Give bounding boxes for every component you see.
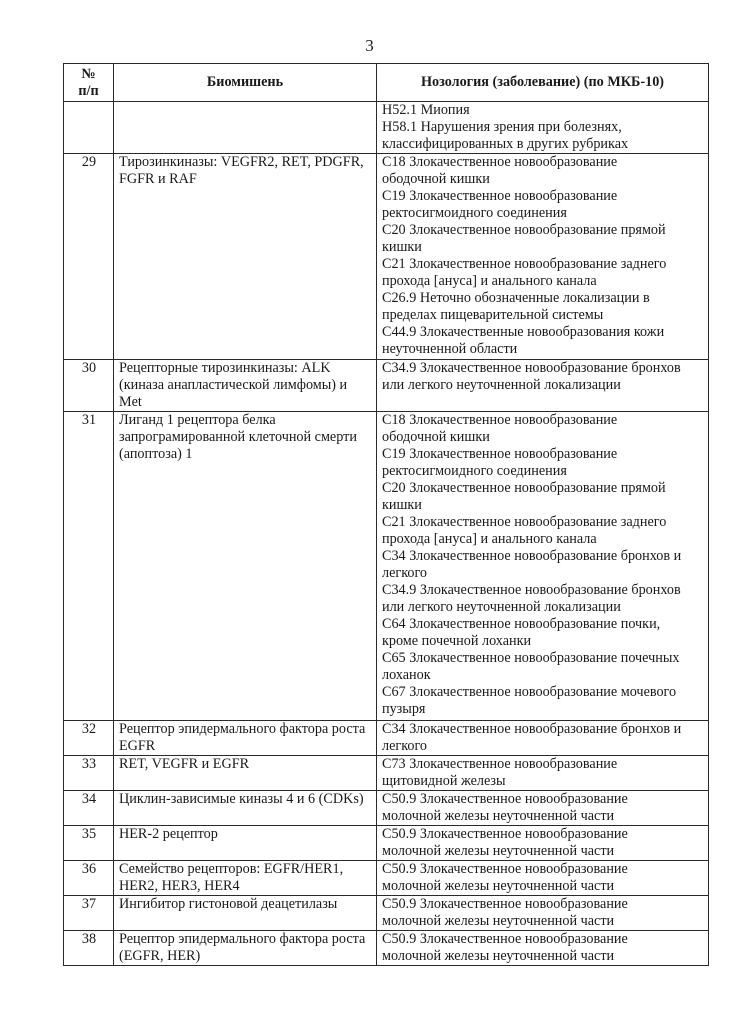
nosology-line: C21 Злокачественное новообразование задн…	[382, 256, 704, 273]
nosology-line: C20 Злокачественное новообразование прям…	[382, 222, 704, 239]
biotarget-cell: Циклин-зависимые киназы 4 и 6 (CDKs)	[114, 791, 377, 826]
row-number: 37	[64, 896, 114, 931]
nosology-line: C34 Злокачественное новообразование брон…	[382, 721, 704, 738]
nosology-line: неуточненной области	[382, 341, 704, 358]
nosology-line: C73 Злокачественное новообразование	[382, 756, 704, 773]
nosology-line: классифицированных в других рубриках	[382, 136, 704, 153]
nosology-line: прохода [ануса] и анального канала	[382, 273, 704, 290]
header-num-line2: п/п	[78, 83, 98, 99]
table-header-row: № п/п Биомишень Нозология (заболевание) …	[64, 64, 709, 102]
biotarget-cell	[114, 102, 377, 154]
row-number: 31	[64, 412, 114, 721]
nosology-line: C19 Злокачественное новообразование	[382, 446, 704, 463]
nosology-line: C18 Злокачественное новообразование	[382, 412, 704, 429]
table-body: H52.1 МиопияH58.1 Нарушения зрения при б…	[64, 102, 709, 966]
nosology-line: C67 Злокачественное новообразование моче…	[382, 684, 704, 701]
table-row: 31Лиганд 1 рецептора белка запрограмиров…	[64, 412, 709, 721]
row-number: 35	[64, 826, 114, 861]
nosology-line: C34 Злокачественное новообразование брон…	[382, 548, 704, 565]
row-number: 36	[64, 861, 114, 896]
nosology-line: молочной железы неуточненной части	[382, 948, 704, 965]
page-number: 3	[0, 36, 739, 56]
biotarget-cell: Тирозинкиназы: VEGFR2, RET, PDGFR, FGFR …	[114, 154, 377, 360]
nosology-line: C65 Злокачественное новообразование поче…	[382, 650, 704, 667]
nosology-cell: C50.9 Злокачественное новообразованиемол…	[377, 931, 709, 966]
nosology-line: C50.9 Злокачественное новообразование	[382, 896, 704, 913]
table-row: 29Тирозинкиназы: VEGFR2, RET, PDGFR, FGF…	[64, 154, 709, 360]
nosology-line: или легкого неуточненной локализации	[382, 599, 704, 616]
nosology-line: или легкого неуточненной локализации	[382, 377, 704, 394]
nosology-line: прохода [ануса] и анального канала	[382, 531, 704, 548]
nosology-line: C64 Злокачественное новообразование почк…	[382, 616, 704, 633]
table-row: H52.1 МиопияH58.1 Нарушения зрения при б…	[64, 102, 709, 154]
nosology-line: C50.9 Злокачественное новообразование	[382, 861, 704, 878]
nosology-line: C50.9 Злокачественное новообразование	[382, 826, 704, 843]
nosology-cell: C34 Злокачественное новообразование брон…	[377, 721, 709, 756]
nosology-line: кишки	[382, 239, 704, 256]
biotarget-cell: Лиганд 1 рецептора белка запрограмирован…	[114, 412, 377, 721]
table-row: 36Семейство рецепторов: EGFR/HER1, HER2,…	[64, 861, 709, 896]
nosology-line: ректосигмоидного соединения	[382, 463, 704, 480]
nosology-cell: C18 Злокачественное новообразованиеободо…	[377, 412, 709, 721]
header-nosology: Нозология (заболевание) (по МКБ-10)	[377, 64, 709, 102]
biotarget-cell: Ингибитор гистоновой деацетилазы	[114, 896, 377, 931]
nosology-line: щитовидной железы	[382, 773, 704, 790]
table-row: 33RET, VEGFR и EGFRC73 Злокачественное н…	[64, 756, 709, 791]
nosology-line: кишки	[382, 497, 704, 514]
nosology-cell: C50.9 Злокачественное новообразованиемол…	[377, 826, 709, 861]
biotarget-cell: Рецептор эпидермального фактора роста (E…	[114, 931, 377, 966]
row-number: 30	[64, 360, 114, 412]
row-number: 33	[64, 756, 114, 791]
nosology-line: C26.9 Неточно обозначенные локализации в	[382, 290, 704, 307]
nosology-line: C34.9 Злокачественное новообразование бр…	[382, 582, 704, 599]
nosology-line: H58.1 Нарушения зрения при болезнях,	[382, 119, 704, 136]
nosology-line: ободочной кишки	[382, 429, 704, 446]
row-number: 29	[64, 154, 114, 360]
header-num: № п/п	[64, 64, 114, 102]
header-target: Биомишень	[114, 64, 377, 102]
nosology-line: H52.1 Миопия	[382, 102, 704, 119]
nosology-cell: C73 Злокачественное новообразованиещитов…	[377, 756, 709, 791]
nosology-line: молочной железы неуточненной части	[382, 878, 704, 895]
row-number: 38	[64, 931, 114, 966]
biotarget-cell: Семейство рецепторов: EGFR/HER1, HER2, H…	[114, 861, 377, 896]
nosology-line: C50.9 Злокачественное новообразование	[382, 791, 704, 808]
header-num-line1: №	[81, 66, 95, 82]
nosology-cell: H52.1 МиопияH58.1 Нарушения зрения при б…	[377, 102, 709, 154]
nosology-line: молочной железы неуточненной части	[382, 913, 704, 930]
nosology-line: C50.9 Злокачественное новообразование	[382, 931, 704, 948]
table-row: 30Рецепторные тирозинкиназы: ALK (киназа…	[64, 360, 709, 412]
table-row: 34Циклин-зависимые киназы 4 и 6 (CDKs)C5…	[64, 791, 709, 826]
nosology-line: пределах пищеварительной системы	[382, 307, 704, 324]
nosology-line: кроме почечной лоханки	[382, 633, 704, 650]
table-row: 37Ингибитор гистоновой деацетилазыC50.9 …	[64, 896, 709, 931]
nosology-cell: C50.9 Злокачественное новообразованиемол…	[377, 791, 709, 826]
table-row: 38Рецептор эпидермального фактора роста …	[64, 931, 709, 966]
row-number: 32	[64, 721, 114, 756]
nosology-line: легкого	[382, 565, 704, 582]
biotarget-cell: RET, VEGFR и EGFR	[114, 756, 377, 791]
nosology-line: C20 Злокачественное новообразование прям…	[382, 480, 704, 497]
biotarget-cell: Рецепторные тирозинкиназы: ALK (киназа а…	[114, 360, 377, 412]
nosology-cell: C34.9 Злокачественное новообразование бр…	[377, 360, 709, 412]
nosology-line: C19 Злокачественное новообразование	[382, 188, 704, 205]
nosology-line: C34.9 Злокачественное новообразование бр…	[382, 360, 704, 377]
nosology-line: C44.9 Злокачественные новообразования ко…	[382, 324, 704, 341]
row-number	[64, 102, 114, 154]
nosology-line: C21 Злокачественное новообразование задн…	[382, 514, 704, 531]
nosology-line: ректосигмоидного соединения	[382, 205, 704, 222]
nosology-line: молочной железы неуточненной части	[382, 808, 704, 825]
biotarget-nosology-table: № п/п Биомишень Нозология (заболевание) …	[63, 63, 709, 966]
nosology-line: ободочной кишки	[382, 171, 704, 188]
nosology-cell: C18 Злокачественное новообразованиеободо…	[377, 154, 709, 360]
row-number: 34	[64, 791, 114, 826]
nosology-line: легкого	[382, 738, 704, 755]
nosology-cell: C50.9 Злокачественное новообразованиемол…	[377, 861, 709, 896]
biotarget-cell: HER-2 рецептор	[114, 826, 377, 861]
nosology-line: пузыря	[382, 701, 704, 718]
biotarget-cell: Рецептор эпидермального фактора роста EG…	[114, 721, 377, 756]
table-row: 32Рецептор эпидермального фактора роста …	[64, 721, 709, 756]
nosology-cell: C50.9 Злокачественное новообразованиемол…	[377, 896, 709, 931]
nosology-line: молочной железы неуточненной части	[382, 843, 704, 860]
nosology-line: C18 Злокачественное новообразование	[382, 154, 704, 171]
table-row: 35HER-2 рецепторC50.9 Злокачественное но…	[64, 826, 709, 861]
nosology-line: лоханок	[382, 667, 704, 684]
